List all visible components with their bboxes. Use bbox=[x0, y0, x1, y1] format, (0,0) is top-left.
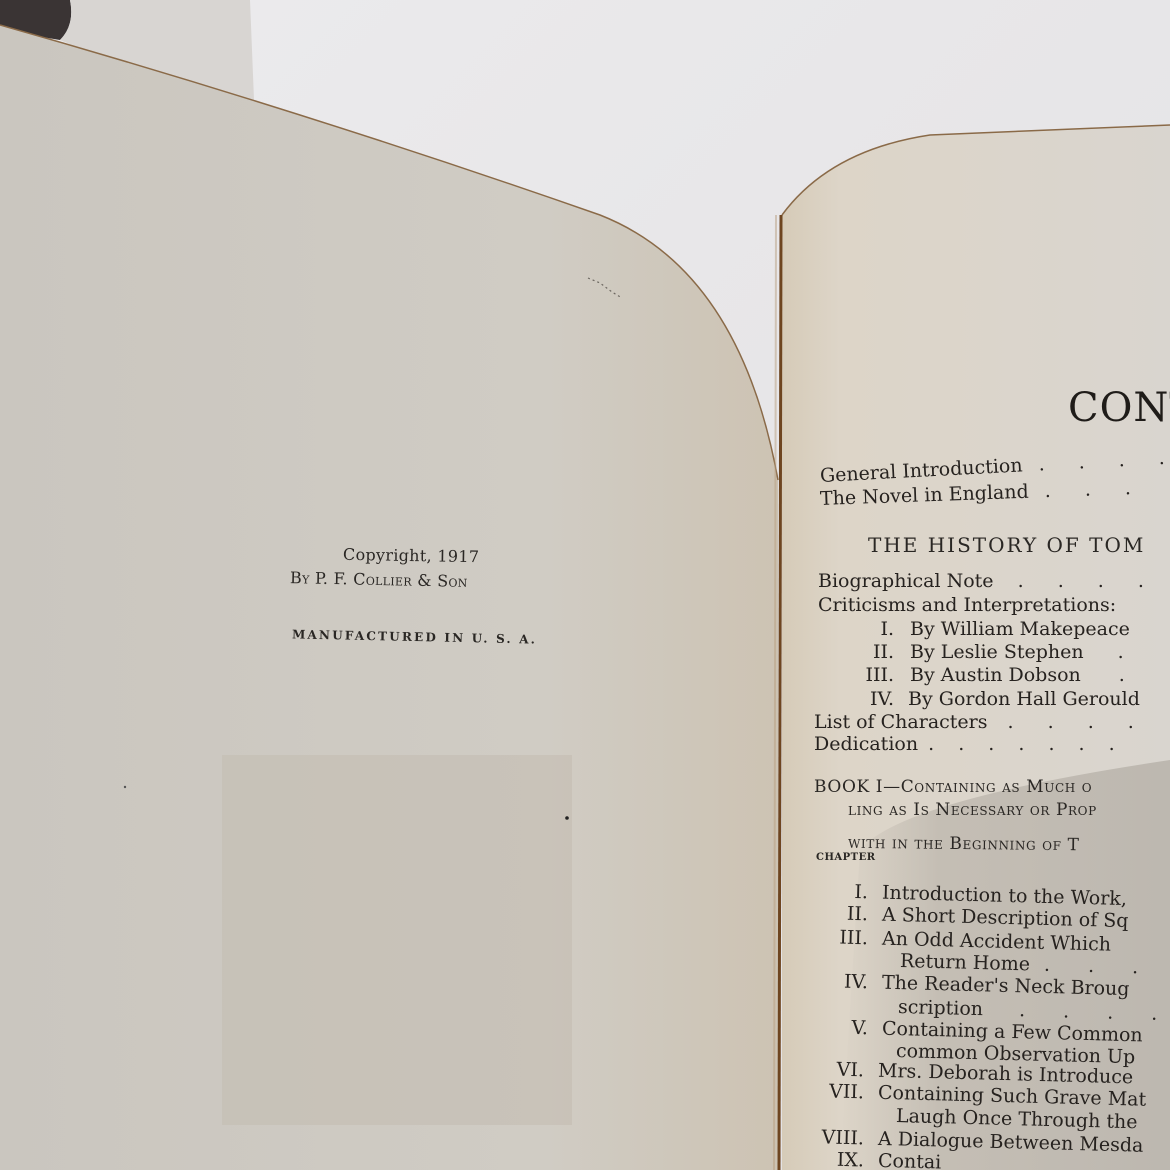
toc-leader-dots: . . . . bbox=[1008, 711, 1148, 733]
toc-entry-criticisms[interactable]: Criticisms and Interpretations: bbox=[818, 594, 1116, 616]
toc-entry-label: List of Characters bbox=[814, 711, 988, 733]
roman-numeral: IX. bbox=[808, 1148, 865, 1170]
book-heading-line-3: with in the Beginning of T bbox=[848, 833, 1080, 855]
toc-leader-dots: . . . . bbox=[1018, 570, 1158, 592]
roman-numeral: III. bbox=[818, 926, 869, 949]
roman-numeral: VII. bbox=[812, 1080, 865, 1103]
roman-numeral: V. bbox=[818, 1016, 869, 1039]
toc-entry-criticism-4[interactable]: IV. By Gordon Hall Gerould bbox=[818, 688, 1140, 710]
book-heading-line-2: ling as Is Necessary or Prop bbox=[848, 800, 1097, 820]
roman-numeral: I. bbox=[818, 880, 869, 903]
copyright-line: Copyright, 1917 bbox=[343, 545, 480, 566]
chapter-title: scription bbox=[898, 996, 984, 1020]
roman-numeral: IV. bbox=[818, 688, 894, 710]
toc-entry-label: By Leslie Stephen bbox=[910, 641, 1084, 663]
chapter-title: Return Home bbox=[900, 950, 1031, 975]
toc-entry-biographical-note[interactable]: Biographical Note . . . . bbox=[818, 570, 1158, 592]
toc-entry-dedication[interactable]: Dedication . . . . . . . bbox=[814, 733, 1124, 755]
roman-numeral: II. bbox=[818, 641, 894, 663]
toc-entry-label: Dedication bbox=[814, 733, 918, 755]
toc-entry-label: By William Makepeace bbox=[910, 618, 1130, 640]
publisher-line: By P. F. Collier & Son bbox=[290, 568, 468, 591]
roman-numeral: VIII. bbox=[808, 1126, 865, 1149]
toc-leader-dots: . bbox=[1118, 641, 1124, 663]
book-heading-line-1[interactable]: BOOK I—Containing as Much o bbox=[814, 777, 1092, 797]
toc-leader-dots: . bbox=[1119, 664, 1125, 686]
chapter-label: CHAPTER bbox=[816, 852, 876, 863]
roman-numeral: IV. bbox=[818, 970, 869, 993]
roman-numeral: II. bbox=[818, 902, 869, 925]
toc-entry-label: Criticisms and Interpretations: bbox=[818, 594, 1116, 616]
toc-entry-list-of-characters[interactable]: List of Characters . . . . bbox=[814, 711, 1148, 733]
chapter-entry-9[interactable]: IX. Contai bbox=[808, 1148, 942, 1170]
chapter-title: Contai bbox=[878, 1150, 942, 1170]
contents-title: CONT bbox=[1068, 385, 1170, 431]
toc-entry-criticism-1[interactable]: I. By William Makepeace bbox=[818, 618, 1130, 640]
toc-entry-label: By Gordon Hall Gerould bbox=[908, 688, 1140, 710]
roman-numeral: I. bbox=[818, 618, 894, 640]
toc-entry-label: By Austin Dobson bbox=[910, 664, 1081, 686]
toc-leader-dots: . . . . . . . bbox=[928, 733, 1124, 755]
toc-entry-criticism-2[interactable]: II. By Leslie Stephen . bbox=[818, 641, 1124, 663]
toc-entry-criticism-3[interactable]: III. By Austin Dobson . bbox=[818, 664, 1125, 686]
roman-numeral: VI. bbox=[812, 1058, 865, 1081]
section-heading: THE HISTORY OF TOM bbox=[868, 533, 1145, 557]
roman-numeral: III. bbox=[818, 664, 894, 686]
toc-leader-dots: . . . bbox=[1044, 477, 1145, 502]
toc-entry-label: Biographical Note bbox=[818, 570, 994, 592]
